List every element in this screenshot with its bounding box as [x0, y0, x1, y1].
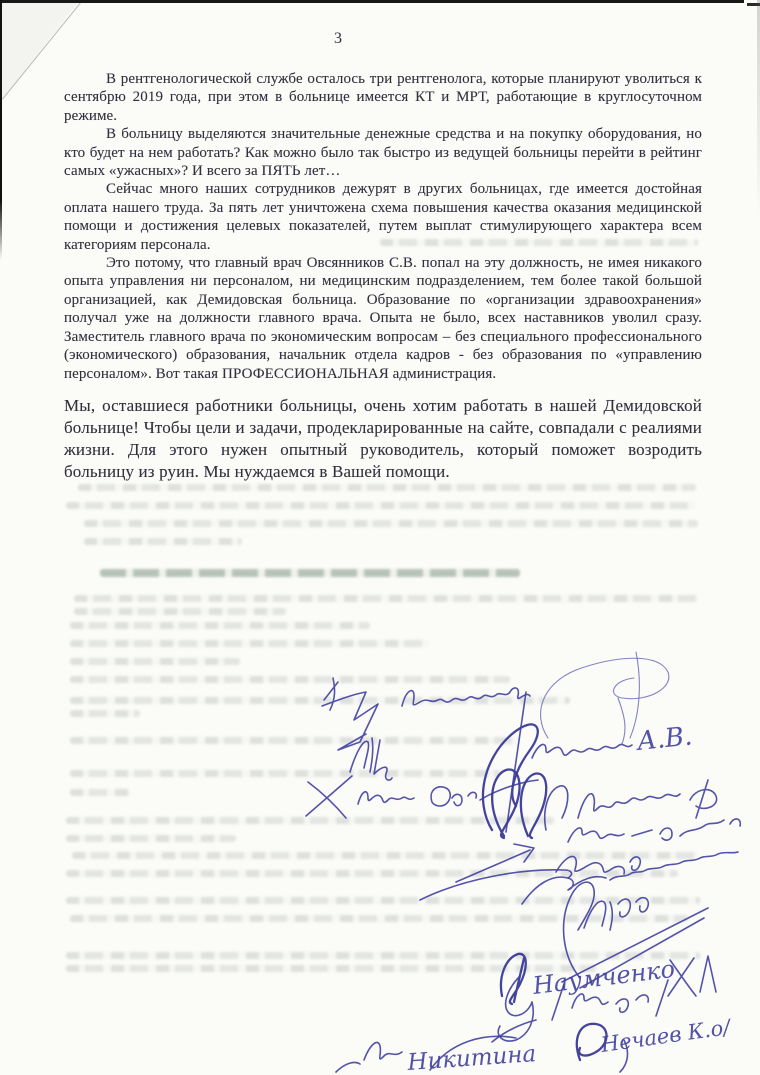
signature-stroke — [402, 688, 530, 706]
signature-stroke — [522, 852, 738, 904]
signature-stroke — [306, 776, 352, 818]
bleed-through-line — [74, 595, 698, 602]
signatures-block: А.В. Наумченко Нечаев К.о/ Н — [280, 640, 760, 1075]
paragraph-appeal: Мы, оставшиеся работники больницы, очень… — [64, 395, 702, 483]
paragraph-radiology: В рентгенологической службе осталось три… — [64, 70, 702, 125]
signature-stroke — [545, 786, 568, 830]
bleed-through-line — [70, 622, 370, 629]
bleed-through-line — [70, 789, 130, 796]
bleed-through-line — [66, 835, 236, 842]
signature-initials: А.В. — [634, 721, 694, 757]
signature-name: Нечаев К.о/ — [598, 1015, 733, 1057]
letter-body: В рентгенологической службе осталось три… — [64, 70, 702, 483]
bleed-through-line — [70, 710, 140, 717]
paragraph-funding: В больницу выделяются значительные денеж… — [64, 125, 702, 180]
signature-stroke — [420, 870, 571, 900]
paragraph-chief-doctor: Это потому, что главный врач Овсянников … — [64, 254, 702, 383]
bleed-through-line — [74, 608, 286, 615]
signature-stroke — [322, 678, 378, 750]
bleed-through-line — [100, 569, 520, 577]
signature-stroke — [501, 954, 526, 1004]
signature-stroke — [564, 882, 595, 978]
bleed-through-line — [84, 520, 698, 527]
signature-stroke — [578, 794, 680, 818]
bleed-through-line — [66, 502, 696, 509]
signature-stroke — [584, 898, 648, 930]
signature-stroke — [358, 792, 414, 804]
signature-stroke — [521, 774, 546, 838]
signature-name: Никитина — [406, 1041, 537, 1075]
paragraph-staff: Сейчас много наших сотрудников дежурят в… — [64, 180, 702, 254]
signature-stroke — [568, 819, 740, 842]
signature-stroke — [336, 1042, 402, 1072]
signature-stroke — [480, 692, 538, 832]
bleed-through-line — [70, 658, 240, 665]
bleed-through-line — [78, 484, 696, 491]
signature-stroke — [350, 738, 392, 780]
page-number: 3 — [318, 30, 358, 48]
signature-stroke — [690, 780, 717, 818]
signature-stroke — [492, 976, 536, 1042]
scanned-page: 3 В рентгенологической службе осталось т… — [0, 0, 760, 1075]
signature-stroke — [532, 744, 632, 758]
signature-stroke — [431, 787, 476, 806]
bleed-through-line — [84, 538, 242, 545]
